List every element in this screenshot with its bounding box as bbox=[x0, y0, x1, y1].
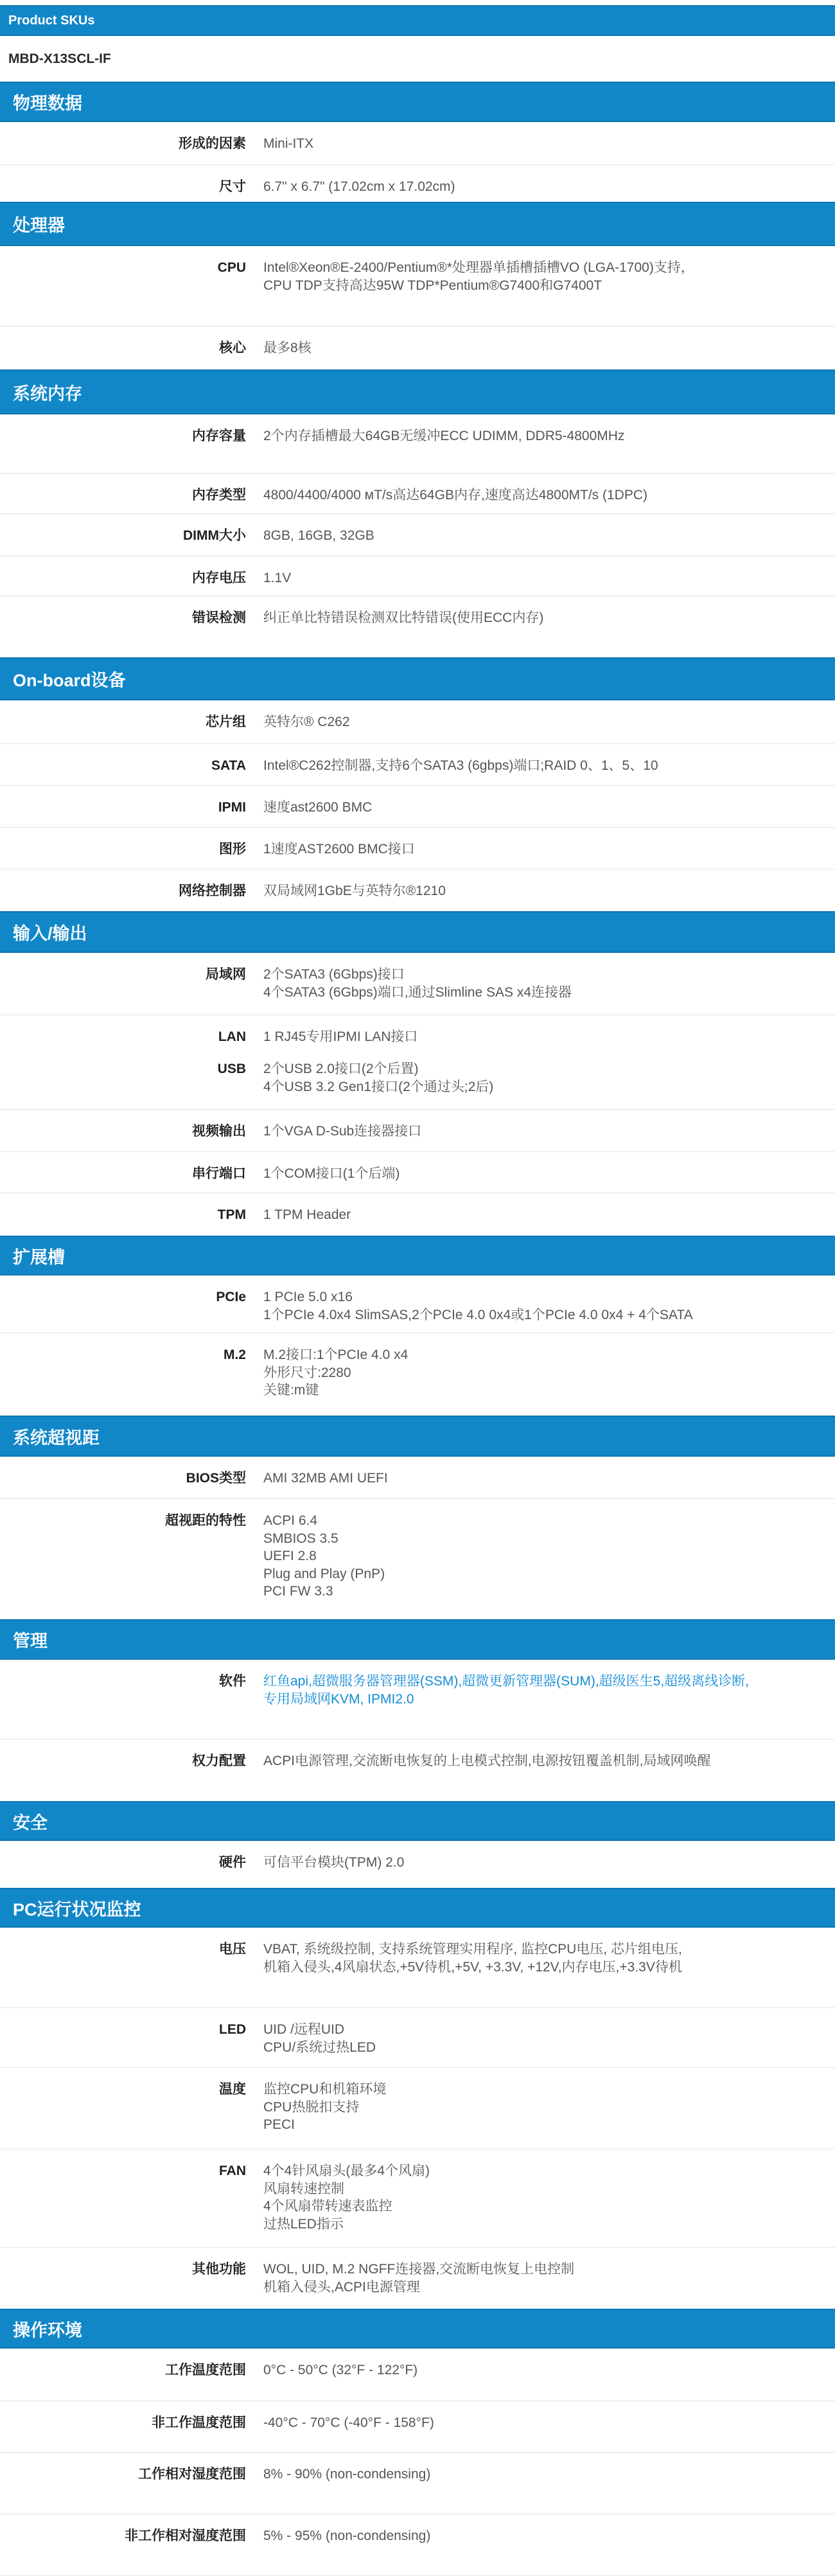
section-header-expansion-slots: 扩展槽 bbox=[0, 1236, 835, 1275]
spec-value: VBAT, 系统级控制, 支持系统管理实用程序, 监控CPU电压, 芯片组电压,… bbox=[246, 1941, 835, 2007]
section-title: 操作环境 bbox=[13, 2316, 82, 2341]
spec-value: Intel®C262控制器,支持6个SATA3 (6gbps)端口;RAID 0… bbox=[246, 757, 835, 785]
spec-value-line: 4800/4400/4000 мT/s高达64GB内存,速度高达4800MT/s… bbox=[263, 486, 835, 504]
spec-value-line: 1速度AST2600 BMC接口 bbox=[263, 840, 835, 858]
product-sku-row: MBD-X13SCL-IF bbox=[0, 36, 835, 82]
spec-value-line: ACPI电源管理,交流断电恢复的上电模式控制,电源按钮覆盖机制,局域网唤醒 bbox=[263, 1752, 835, 1770]
spec-value-line: 机箱入侵头,4风扇状态,+5V待机,+5V, +3.3V, +12V,内存电压,… bbox=[263, 1959, 835, 1976]
spec-row: 内存电压1.1V bbox=[0, 556, 835, 596]
section-title: PC运行状况监控 bbox=[13, 1896, 141, 1921]
spec-value: 4800/4400/4000 мT/s高达64GB内存,速度高达4800MT/s… bbox=[246, 486, 835, 513]
spec-value-line: 2个USB 2.0接口(2个后置) bbox=[263, 1060, 835, 1078]
spec-value-line: SMBIOS 3.5 bbox=[263, 1530, 835, 1548]
spec-label: 图形 bbox=[0, 840, 246, 869]
spec-value: 4个4针风扇头(最多4个风扇)风扇转速控制4个风扇带转速表监控过热LED指示 bbox=[246, 2162, 835, 2247]
section-header-onboard-devices: On-board设备 bbox=[0, 657, 835, 700]
software-links[interactable]: 红鱼api,超微服务器管理器(SSM),超微更新管理器(SUM),超级医生5,超… bbox=[246, 1673, 835, 1739]
spec-value-line: 可信平台模块(TPM) 2.0 bbox=[263, 1854, 835, 1872]
spec-label: 错误检测 bbox=[0, 609, 246, 657]
spec-label: 芯片组 bbox=[0, 713, 246, 743]
spec-label: LAN bbox=[0, 1028, 246, 1054]
spec-value-line: 双局域网1GbE与英特尔®1210 bbox=[263, 882, 835, 900]
spec-value-line: 1.1V bbox=[263, 569, 835, 587]
spec-row: 内存类型4800/4400/4000 мT/s高达64GB内存,速度高达4800… bbox=[0, 474, 835, 514]
spec-row: DIMM大小8GB, 16GB, 32GB bbox=[0, 514, 835, 556]
section-title: 系统内存 bbox=[13, 380, 82, 405]
spec-label: BIOS类型 bbox=[0, 1470, 246, 1498]
section-header-system-memory: 系统内存 bbox=[0, 369, 835, 414]
spec-value: AMI 32MB AMI UEFI bbox=[246, 1470, 835, 1498]
spec-value: Intel®Xeon®E-2400/Pentium®*处理器单插槽插槽VO (L… bbox=[246, 259, 835, 326]
spec-value-line: ACPI 6.4 bbox=[263, 1512, 835, 1530]
spec-value: 双局域网1GbE与英特尔®1210 bbox=[246, 882, 835, 911]
spec-value: 6.7" x 6.7" (17.02cm x 17.02cm) bbox=[246, 178, 835, 202]
spec-value-line: CPU/系统过热LED bbox=[263, 2039, 835, 2057]
spec-value-line: 2个内存插槽最大64GB无缓冲ECC UDIMM, DDR5-4800MHz bbox=[263, 427, 835, 445]
spec-label: 内存电压 bbox=[0, 569, 246, 596]
spec-value: 2个内存插槽最大64GB无缓冲ECC UDIMM, DDR5-4800MHz bbox=[246, 427, 835, 473]
spec-value-line: WOL, UID, M.2 NGFF连接器,交流断电恢复上电控制 bbox=[263, 2261, 835, 2278]
spec-value-line: CPU TDP支持高达95W TDP*Pentium®G7400和G7400T bbox=[263, 277, 835, 295]
spec-value: 5% - 95% (non-condensing) bbox=[246, 2527, 835, 2575]
spec-value-line: 8% - 90% (non-condensing) bbox=[263, 2465, 835, 2483]
spec-label: 硬件 bbox=[0, 1854, 246, 1888]
spec-label: 工作温度范围 bbox=[0, 2361, 246, 2401]
spec-value-line: CPU热脱扣支持 bbox=[263, 2099, 835, 2117]
spec-value: 1 TPM Header bbox=[246, 1206, 835, 1236]
spec-value-line: 1个VGA D-Sub连接器接口 bbox=[263, 1123, 835, 1141]
spec-value: 可信平台模块(TPM) 2.0 bbox=[246, 1854, 835, 1888]
spec-label: 局域网 bbox=[0, 966, 246, 1015]
spec-value: 8GB, 16GB, 32GB bbox=[246, 527, 835, 556]
spec-value-line: 4个4针风扇头(最多4个风扇) bbox=[263, 2162, 835, 2180]
section-title: On-board设备 bbox=[13, 666, 126, 691]
spec-label: M.2 bbox=[0, 1346, 246, 1416]
spec-row: 核心最多8核 bbox=[0, 326, 835, 369]
section-header-pc-health-monitoring: PC运行状况监控 bbox=[0, 1888, 835, 1928]
spec-row: M.2M.2接口:1个PCIe 4.0 x4外形尺寸:2280关键:m键 bbox=[0, 1333, 835, 1416]
section-header-system-bios: 系统超视距 bbox=[0, 1416, 835, 1457]
spec-row: 非工作相对湿度范围5% - 95% (non-condensing) bbox=[0, 2514, 835, 2576]
spec-row: USB2个USB 2.0接口(2个后置)4个USB 3.2 Gen1接口(2个通… bbox=[0, 1054, 835, 1110]
spec-row: SATAIntel®C262控制器,支持6个SATA3 (6gbps)端口;RA… bbox=[0, 744, 835, 786]
spec-label: IPMI bbox=[0, 799, 246, 827]
spec-sections: 物理数据形成的因素Mini-ITX尺寸6.7" x 6.7" (17.02cm … bbox=[0, 82, 835, 2576]
spec-value: 8% - 90% (non-condensing) bbox=[246, 2465, 835, 2514]
spec-label: 视频输出 bbox=[0, 1123, 246, 1151]
spec-value: M.2接口:1个PCIe 4.0 x4外形尺寸:2280关键:m键 bbox=[246, 1346, 835, 1416]
spec-value: ACPI电源管理,交流断电恢复的上电模式控制,电源按钮覆盖机制,局域网唤醒 bbox=[246, 1752, 835, 1801]
spec-row: 芯片组英特尔® C262 bbox=[0, 700, 835, 744]
spec-value-line: M.2接口:1个PCIe 4.0 x4 bbox=[263, 1346, 835, 1364]
spec-row: LAN1 RJ45专用IPMI LAN接口 bbox=[0, 1015, 835, 1054]
spec-value: 1.1V bbox=[246, 569, 835, 596]
section-header-processor: 处理器 bbox=[0, 202, 835, 246]
product-spec-page: Product SKUs MBD-X13SCL-IF 物理数据形成的因素Mini… bbox=[0, 0, 835, 2576]
spec-label: 内存类型 bbox=[0, 486, 246, 513]
spec-value-line: 英特尔® C262 bbox=[263, 713, 835, 731]
spec-label: DIMM大小 bbox=[0, 527, 246, 556]
spec-label: 权力配置 bbox=[0, 1752, 246, 1801]
spec-value-line: 4个USB 3.2 Gen1接口(2个通过头;2后) bbox=[263, 1078, 835, 1096]
spec-row: 错误检测纠正单比特错误检测双比特错误(使用ECC内存) bbox=[0, 596, 835, 657]
product-skus-header: Product SKUs bbox=[0, 5, 835, 36]
spec-value-line: 外形尺寸:2280 bbox=[263, 1364, 835, 1382]
spec-value-line: -40°C - 70°C (-40°F - 158°F) bbox=[263, 2414, 835, 2432]
spec-value: WOL, UID, M.2 NGFF连接器,交流断电恢复上电控制机箱入侵头,AC… bbox=[246, 2261, 835, 2309]
spec-row: 电压VBAT, 系统级控制, 支持系统管理实用程序, 监控CPU电压, 芯片组电… bbox=[0, 1928, 835, 2008]
spec-row: 软件红鱼api,超微服务器管理器(SSM),超微更新管理器(SUM),超级医生5… bbox=[0, 1660, 835, 1739]
spec-row: 局域网2个SATA3 (6Gbps)接口4个SATA3 (6Gbps)端口,通过… bbox=[0, 953, 835, 1015]
spec-value-line: VBAT, 系统级控制, 支持系统管理实用程序, 监控CPU电压, 芯片组电压, bbox=[263, 1941, 835, 1959]
spec-value-line: AMI 32MB AMI UEFI bbox=[263, 1470, 835, 1488]
spec-value-line: PECI bbox=[263, 2116, 835, 2134]
spec-value: ACPI 6.4SMBIOS 3.5UEFI 2.8Plug and Play … bbox=[246, 1512, 835, 1619]
spec-value-line: Intel®C262控制器,支持6个SATA3 (6gbps)端口;RAID 0… bbox=[263, 757, 835, 775]
spec-row: 形成的因素Mini-ITX bbox=[0, 122, 835, 165]
spec-value-line: 4个SATA3 (6Gbps)端口,通过Slimline SAS x4连接器 bbox=[263, 984, 835, 1002]
spec-label: 尺寸 bbox=[0, 178, 246, 202]
spec-value-line: UEFI 2.8 bbox=[263, 1547, 835, 1565]
section-title: 扩展槽 bbox=[13, 1243, 65, 1268]
spec-value-line: Plug and Play (PnP) bbox=[263, 1565, 835, 1583]
spec-value: 1个VGA D-Sub连接器接口 bbox=[246, 1123, 835, 1151]
section-title: 系统超视距 bbox=[13, 1424, 100, 1449]
spec-label: PCIe bbox=[0, 1288, 246, 1333]
spec-row: PCIe1 PCIe 5.0 x161个PCIe 4.0x4 SlimSAS,2… bbox=[0, 1275, 835, 1333]
spec-value-line: 速度ast2600 BMC bbox=[263, 799, 835, 817]
spec-label: 内存容量 bbox=[0, 427, 246, 473]
spec-value-line: 8GB, 16GB, 32GB bbox=[263, 527, 835, 545]
spec-label: 工作相对湿度范围 bbox=[0, 2465, 246, 2514]
section-title: 输入/输出 bbox=[13, 919, 87, 945]
spec-row: BIOS类型AMI 32MB AMI UEFI bbox=[0, 1457, 835, 1499]
spec-label: SATA bbox=[0, 757, 246, 785]
spec-value-line: 4个风扇带转速表监控 bbox=[263, 2198, 835, 2216]
spec-label: 串行端口 bbox=[0, 1165, 246, 1193]
section-header-input-output: 输入/输出 bbox=[0, 911, 835, 953]
spec-value-line: 1个COM接口(1个后端) bbox=[263, 1165, 835, 1183]
spec-row: 工作温度范围0°C - 50°C (32°F - 122°F) bbox=[0, 2349, 835, 2401]
spec-value: UID /远程UIDCPU/系统过热LED bbox=[246, 2021, 835, 2067]
section-header-physical-data: 物理数据 bbox=[0, 82, 835, 122]
spec-row: 超视距的特性ACPI 6.4SMBIOS 3.5UEFI 2.8Plug and… bbox=[0, 1499, 835, 1619]
spec-value-line: Mini-ITX bbox=[263, 135, 835, 153]
spec-value: 英特尔® C262 bbox=[246, 713, 835, 743]
section-title: 处理器 bbox=[13, 211, 65, 236]
spec-row: CPUIntel®Xeon®E-2400/Pentium®*处理器单插槽插槽VO… bbox=[0, 246, 835, 326]
spec-label: 超视距的特性 bbox=[0, 1512, 246, 1619]
spec-row: 其他功能WOL, UID, M.2 NGFF连接器,交流断电恢复上电控制机箱入侵… bbox=[0, 2248, 835, 2309]
spec-value: -40°C - 70°C (-40°F - 158°F) bbox=[246, 2414, 835, 2452]
spec-value-line: PCI FW 3.3 bbox=[263, 1583, 835, 1601]
spec-row: 网络控制器双局域网1GbE与英特尔®1210 bbox=[0, 869, 835, 911]
spec-row: 非工作温度范围-40°C - 70°C (-40°F - 158°F) bbox=[0, 2401, 835, 2453]
spec-label: 软件 bbox=[0, 1673, 246, 1739]
section-header-management: 管理 bbox=[0, 1619, 835, 1660]
spec-value: 1 PCIe 5.0 x161个PCIe 4.0x4 SlimSAS,2个PCI… bbox=[246, 1288, 835, 1333]
spec-label: 电压 bbox=[0, 1941, 246, 2007]
spec-label: FAN bbox=[0, 2162, 246, 2247]
spec-value-line: 机箱入侵头,ACPI电源管理 bbox=[263, 2278, 835, 2296]
spec-value: 2个USB 2.0接口(2个后置)4个USB 3.2 Gen1接口(2个通过头;… bbox=[246, 1060, 835, 1109]
spec-value-line: 过热LED指示 bbox=[263, 2216, 835, 2234]
spec-label: 形成的因素 bbox=[0, 135, 246, 164]
spec-value: 纠正单比特错误检测双比特错误(使用ECC内存) bbox=[246, 609, 835, 657]
spec-value: 1个COM接口(1个后端) bbox=[246, 1165, 835, 1193]
spec-value-line: 6.7" x 6.7" (17.02cm x 17.02cm) bbox=[263, 178, 835, 196]
spec-value: 监控CPU和机箱环境CPU热脱扣支持PECI bbox=[246, 2081, 835, 2149]
spec-value-line: 风扇转速控制 bbox=[263, 2180, 835, 2198]
spec-value-line: 1 RJ45专用IPMI LAN接口 bbox=[263, 1028, 835, 1046]
software-link-line[interactable]: 红鱼api,超微服务器管理器(SSM),超微更新管理器(SUM),超级医生5,超… bbox=[263, 1673, 835, 1691]
spec-row: 视频输出1个VGA D-Sub连接器接口 bbox=[0, 1110, 835, 1152]
spec-value-line: 最多8核 bbox=[263, 339, 835, 357]
spec-value-line: UID /远程UID bbox=[263, 2021, 835, 2039]
spec-value-line: 监控CPU和机箱环境 bbox=[263, 2081, 835, 2099]
spec-label: 其他功能 bbox=[0, 2261, 246, 2309]
product-sku-text: MBD-X13SCL-IF bbox=[8, 51, 111, 67]
spec-value: 速度ast2600 BMC bbox=[246, 799, 835, 827]
spec-row: TPM1 TPM Header bbox=[0, 1193, 835, 1236]
spec-row: 权力配置ACPI电源管理,交流断电恢复的上电模式控制,电源按钮覆盖机制,局域网唤… bbox=[0, 1739, 835, 1801]
spec-value-line: 0°C - 50°C (32°F - 122°F) bbox=[263, 2361, 835, 2379]
spec-row: 尺寸6.7" x 6.7" (17.02cm x 17.02cm) bbox=[0, 165, 835, 202]
spec-value: 1 RJ45专用IPMI LAN接口 bbox=[246, 1028, 835, 1054]
spec-row: 温度监控CPU和机箱环境CPU热脱扣支持PECI bbox=[0, 2068, 835, 2149]
spec-row: 串行端口1个COM接口(1个后端) bbox=[0, 1152, 835, 1193]
spec-value-line: 1 TPM Header bbox=[263, 1206, 835, 1224]
section-header-security: 安全 bbox=[0, 1801, 835, 1841]
section-title: 物理数据 bbox=[13, 89, 82, 114]
software-link-line[interactable]: 专用局域网KVM, IPMI2.0 bbox=[263, 1691, 835, 1709]
spec-label: TPM bbox=[0, 1206, 246, 1236]
spec-value-line: 5% - 95% (non-condensing) bbox=[263, 2527, 835, 2545]
spec-row: 工作相对湿度范围8% - 90% (non-condensing) bbox=[0, 2453, 835, 2514]
section-title: 管理 bbox=[13, 1627, 48, 1652]
spec-label: 非工作相对湿度范围 bbox=[0, 2527, 246, 2575]
spec-value: 2个SATA3 (6Gbps)接口4个SATA3 (6Gbps)端口,通过Sli… bbox=[246, 966, 835, 1015]
spec-value-line: 2个SATA3 (6Gbps)接口 bbox=[263, 966, 835, 984]
spec-value-line: 纠正单比特错误检测双比特错误(使用ECC内存) bbox=[263, 609, 835, 627]
spec-value: 最多8核 bbox=[246, 339, 835, 369]
spec-row: 图形1速度AST2600 BMC接口 bbox=[0, 828, 835, 869]
spec-value-line: 1个PCIe 4.0x4 SlimSAS,2个PCIe 4.0 0x4或1个PC… bbox=[263, 1306, 835, 1324]
spec-value: 0°C - 50°C (32°F - 122°F) bbox=[246, 2361, 835, 2401]
spec-label: USB bbox=[0, 1060, 246, 1109]
spec-label: CPU bbox=[0, 259, 246, 326]
spec-label: 核心 bbox=[0, 339, 246, 369]
spec-label: 温度 bbox=[0, 2081, 246, 2149]
spec-value: 1速度AST2600 BMC接口 bbox=[246, 840, 835, 869]
spec-value-line: Intel®Xeon®E-2400/Pentium®*处理器单插槽插槽VO (L… bbox=[263, 259, 835, 277]
spec-row: LEDUID /远程UIDCPU/系统过热LED bbox=[0, 2008, 835, 2068]
spec-row: 硬件可信平台模块(TPM) 2.0 bbox=[0, 1841, 835, 1888]
spec-label: 非工作温度范围 bbox=[0, 2414, 246, 2452]
product-skus-title: Product SKUs bbox=[8, 13, 94, 28]
spec-value: Mini-ITX bbox=[246, 135, 835, 164]
spec-value-line: 1 PCIe 5.0 x16 bbox=[263, 1288, 835, 1306]
spec-value-line: 关键:m键 bbox=[263, 1381, 835, 1399]
spec-label: LED bbox=[0, 2021, 246, 2067]
spec-label: 网络控制器 bbox=[0, 882, 246, 911]
spec-row: 内存容量2个内存插槽最大64GB无缓冲ECC UDIMM, DDR5-4800M… bbox=[0, 414, 835, 474]
spec-row: FAN4个4针风扇头(最多4个风扇)风扇转速控制4个风扇带转速表监控过热LED指… bbox=[0, 2149, 835, 2248]
section-header-operating-environment: 操作环境 bbox=[0, 2309, 835, 2349]
spec-row: IPMI速度ast2600 BMC bbox=[0, 786, 835, 828]
section-title: 安全 bbox=[13, 1809, 48, 1834]
